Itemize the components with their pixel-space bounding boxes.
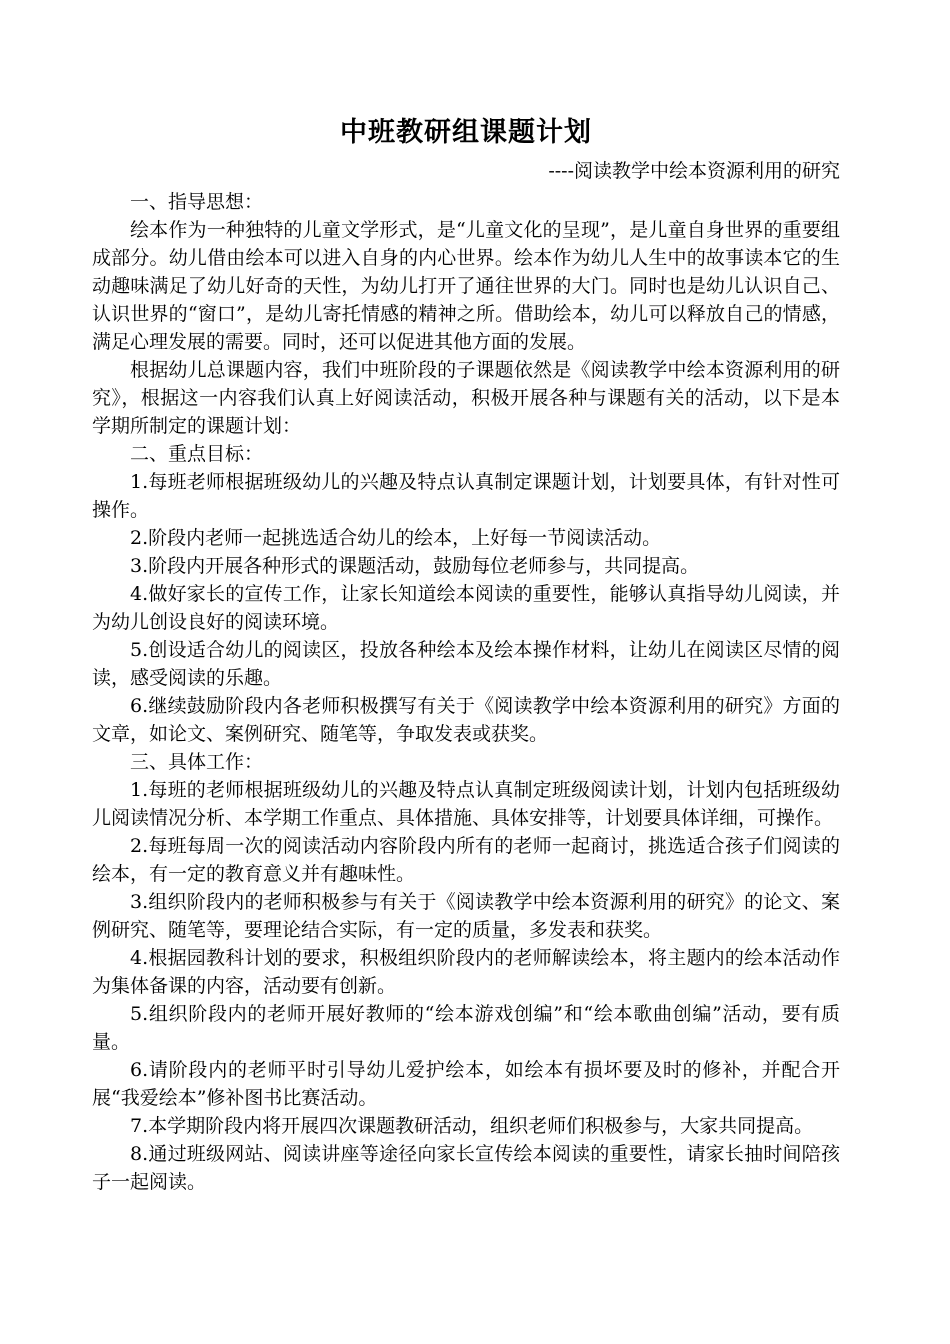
paragraph: 6.请阶段内的老师平时引导幼儿爱护绘本，如绘本有损坏要及时的修补，并配合开展“我… — [92, 1056, 840, 1112]
paragraph: 7.本学期阶段内将开展四次课题教研活动，组织老师们积极参与，大家共同提高。 — [92, 1112, 840, 1140]
paragraph: 5.组织阶段内的老师开展好教师的“绘本游戏创编”和“绘本歌曲创编”活动，要有质量… — [92, 1000, 840, 1056]
section-heading: 三、具体工作： — [92, 748, 840, 776]
paragraph: 5.创设适合幼儿的阅读区，投放各种绘本及绘本操作材料，让幼儿在阅读区尽情的阅读，… — [92, 636, 840, 692]
paragraph: 4.做好家长的宣传工作，让家长知道绘本阅读的重要性，能够认真指导幼儿阅读，并为幼… — [92, 580, 840, 636]
document-body: 一、指导思想：绘本作为一种独特的儿童文学形式，是“儿童文化的呈现”，是儿童自身世… — [92, 188, 840, 1196]
paragraph: 3.组织阶段内的老师积极参与有关于《阅读教学中绘本资源利用的研究》的论文、案例研… — [92, 888, 840, 944]
section-heading: 二、重点目标： — [92, 440, 840, 468]
paragraph: 2.阶段内老师一起挑选适合幼儿的绘本，上好每一节阅读活动。 — [92, 524, 840, 552]
paragraph: 8.通过班级网站、阅读讲座等途径向家长宣传绘本阅读的重要性，请家长抽时间陪孩子一… — [92, 1140, 840, 1196]
section-heading: 一、指导思想： — [92, 188, 840, 216]
paragraph: 4.根据园教科计划的要求，积极组织阶段内的老师解读绘本，将主题内的绘本活动作为集… — [92, 944, 840, 1000]
document-page: 中班教研组课题计划 ----阅读教学中绘本资源利用的研究 一、指导思想：绘本作为… — [0, 0, 950, 1344]
document-title: 中班教研组课题计划 — [92, 112, 840, 154]
paragraph: 绘本作为一种独特的儿童文学形式，是“儿童文化的呈现”，是儿童自身世界的重要组成部… — [92, 216, 840, 356]
paragraph: 2.每班每周一次的阅读活动内容阶段内所有的老师一起商讨，挑选适合孩子们阅读的绘本… — [92, 832, 840, 888]
paragraph: 1.每班老师根据班级幼儿的兴趣及特点认真制定课题计划，计划要具体，有针对性可操作… — [92, 468, 840, 524]
paragraph: 根据幼儿总课题内容，我们中班阶段的子课题依然是《阅读教学中绘本资源利用的研究》，… — [92, 356, 840, 440]
paragraph: 6.继续鼓励阶段内各老师积极撰写有关于《阅读教学中绘本资源利用的研究》方面的文章… — [92, 692, 840, 748]
document-subtitle: ----阅读教学中绘本资源利用的研究 — [92, 154, 840, 188]
paragraph: 3.阶段内开展各种形式的课题活动，鼓励每位老师参与，共同提高。 — [92, 552, 840, 580]
paragraph: 1.每班的老师根据班级幼儿的兴趣及特点认真制定班级阅读计划，计划内包括班级幼儿阅… — [92, 776, 840, 832]
